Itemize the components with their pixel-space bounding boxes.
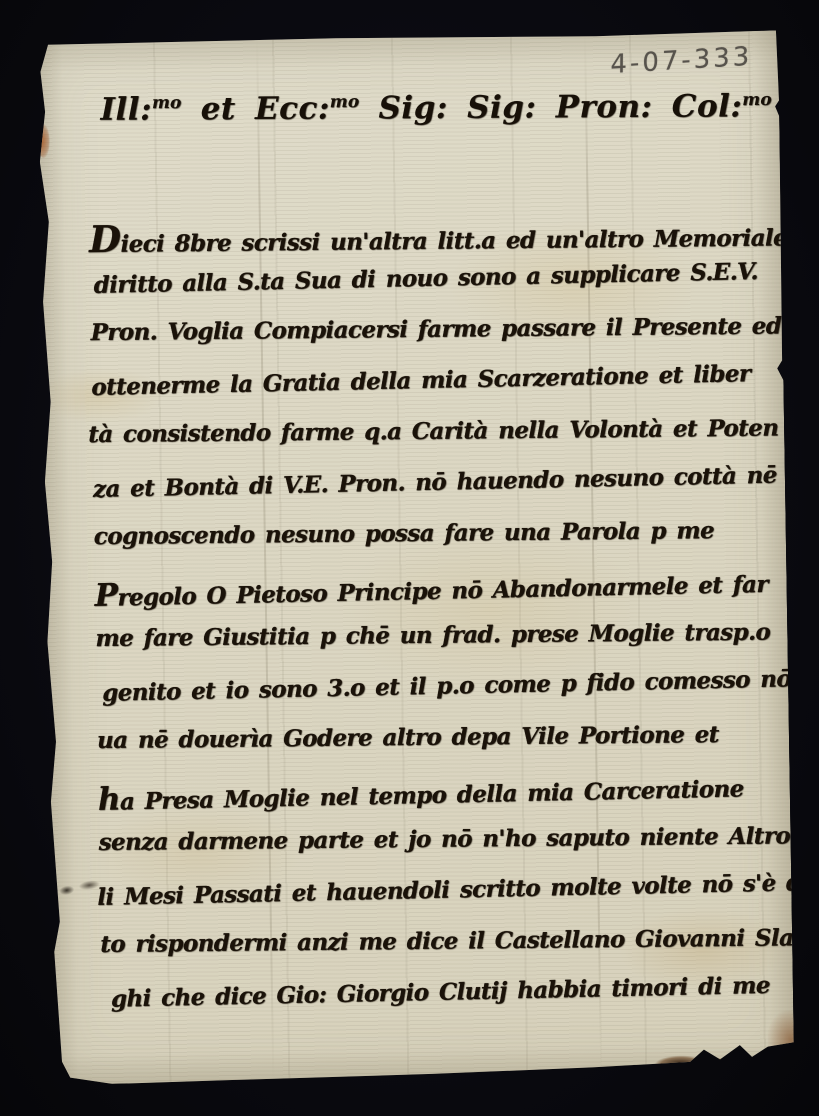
manuscript-line: ghi che dice Gio: Giorgio Clutij habbia … [111, 972, 782, 1037]
salutation-line: Ill:mo et Ecc:mo Sig: Sig: Pron: Col:mo [37, 88, 779, 128]
salutation-text: Sig: Sig: Pron: Col: [359, 88, 742, 126]
manuscript-page: 4-07-333 Ill:mo et Ecc:mo Sig: Sig: Pron… [36, 30, 794, 1085]
salutation-part: Sig: Sig: Pron: Col:mo [359, 88, 772, 126]
salutation-text: et Ecc: [181, 91, 330, 128]
salutation-part: et Ecc:mo [181, 90, 359, 127]
salutation-text: Ill: [100, 92, 152, 128]
scorch-mark [650, 1039, 736, 1072]
salutation-superscript: mo [742, 90, 771, 110]
letter-body: Dieci 8bre scrissi un'altra litt.a ed un… [89, 209, 782, 1036]
photograph-background: 4-07-333 Ill:mo et Ecc:mo Sig: Sig: Pron… [0, 0, 819, 1116]
salutation-superscript: mo [152, 93, 181, 113]
scorch-mark [767, 1010, 794, 1060]
archive-shelfmark: 4-07-333 [610, 42, 752, 80]
rust-stain [37, 124, 50, 158]
salutation-superscript: mo [330, 92, 359, 112]
salutation-part: Ill:mo [100, 91, 181, 127]
